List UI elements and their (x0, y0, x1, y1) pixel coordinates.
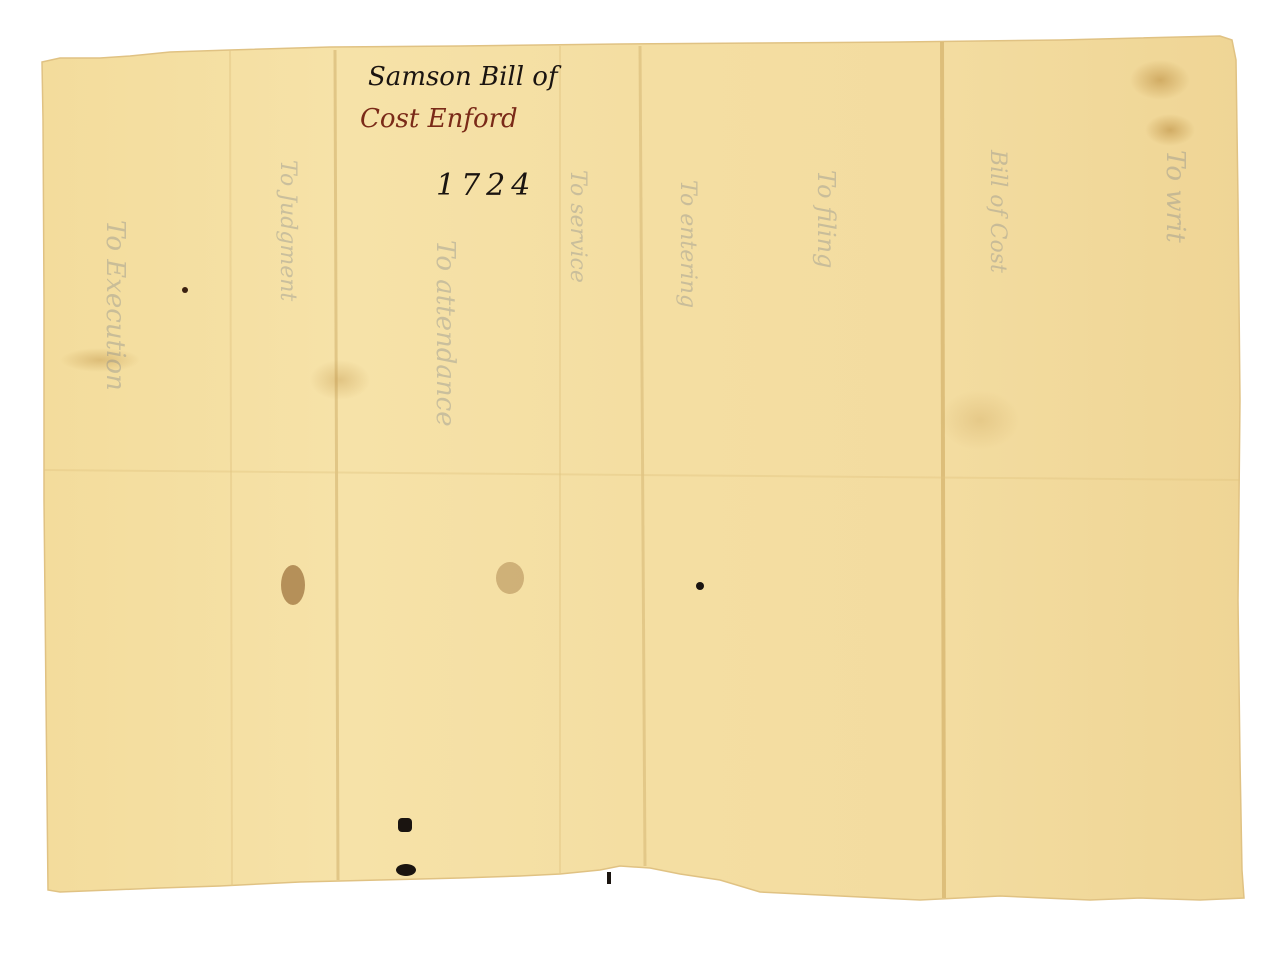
bleed-through-text: To Judgment (275, 160, 300, 301)
docket-line-2: Cost Enford (360, 104, 518, 134)
docket-year: 1724 (436, 168, 536, 203)
bleed-through-text: To attendance (430, 240, 460, 427)
bleed-through-text: To writ (1160, 150, 1190, 243)
bleed-through-text: To Execution (100, 220, 130, 391)
bleed-through-text: To service (565, 170, 590, 283)
paper-sheet (0, 0, 1288, 966)
bleed-through-text: To filing (812, 170, 840, 268)
bleed-through-text: Bill of Cost (985, 150, 1010, 273)
bleed-through-text: To entering (675, 180, 700, 308)
manuscript-page: Bill of Cost To writ To filing To enteri… (0, 0, 1288, 966)
docket-line-1: Samson Bill of (368, 62, 558, 92)
